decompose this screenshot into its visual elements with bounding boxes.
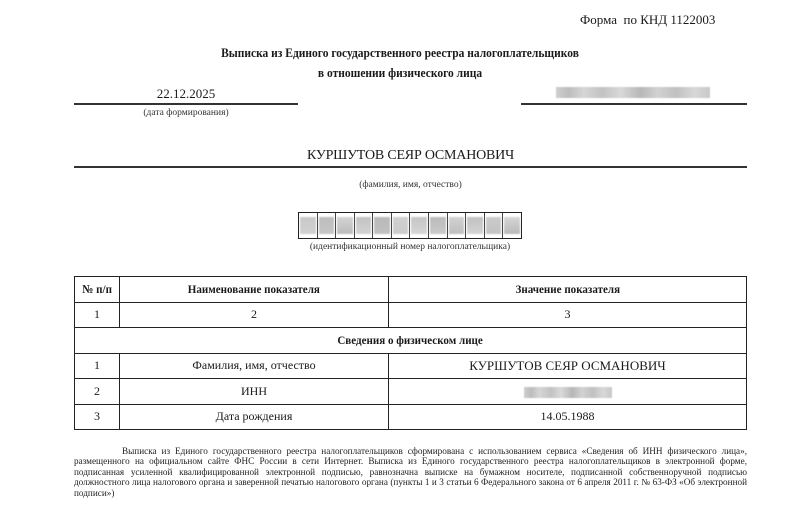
numbering-cell: 3: [389, 302, 747, 328]
inn-digit-cell: [392, 213, 411, 238]
row-value-redacted: [389, 379, 747, 405]
redacted-digit: [319, 217, 335, 234]
redacted-digit: [411, 217, 427, 234]
redacted-digit: [467, 217, 483, 234]
row-number: 2: [75, 379, 120, 405]
header-cell-value: Значение показателя: [389, 277, 747, 303]
table-row: 1 Фамилия, имя, отчество КУРШУТОВ СЕЯР О…: [75, 353, 747, 379]
redacted-digit: [337, 217, 353, 234]
name-underline: [74, 166, 747, 168]
inn-digit-cell: [429, 213, 448, 238]
numbering-cell: 1: [75, 302, 120, 328]
row-number: 3: [75, 404, 120, 430]
redacted-digit: [300, 217, 316, 234]
inn-digit-cell: [299, 213, 318, 238]
redacted-digit: [486, 217, 502, 234]
row-name: Фамилия, имя, отчество: [120, 353, 389, 379]
person-full-name: КУРШУТОВ СЕЯР ОСМАНОВИЧ: [74, 148, 747, 164]
document-title-line1: Выписка из Единого государственного реес…: [32, 46, 768, 61]
document-title-line2: в отношении физического лица: [32, 66, 768, 81]
inn-digit-cell: [373, 213, 392, 238]
formation-date: 22.12.2025: [74, 86, 298, 102]
redacted-digit: [449, 217, 465, 234]
right-field-underline: [521, 103, 747, 105]
form-code: Форма по КНД 1122003: [580, 12, 715, 28]
section-title: Сведения о физическом лице: [75, 328, 747, 354]
date-underline: [74, 103, 298, 105]
redacted-digit: [430, 217, 446, 234]
inn-digit-cell: [336, 213, 355, 238]
table-section-row: Сведения о физическом лице: [75, 328, 747, 354]
row-value: 14.05.1988: [389, 404, 747, 430]
header-cell-name: Наименование показателя: [120, 277, 389, 303]
name-caption: (фамилия, имя, отчество): [74, 180, 747, 190]
redacted-digit: [356, 217, 372, 234]
table-header-row: № п/п Наименование показателя Значение п…: [75, 277, 747, 303]
table-row: 2 ИНН: [75, 379, 747, 405]
redacted-digit: [374, 217, 390, 234]
redacted-digit: [393, 217, 409, 234]
table-row: 3 Дата рождения 14.05.1988: [75, 404, 747, 430]
inn-digit-cell: [355, 213, 374, 238]
inn-digit-cell: [485, 213, 504, 238]
info-table: № п/п Наименование показателя Значение п…: [74, 276, 747, 430]
row-name: Дата рождения: [120, 404, 389, 430]
inn-digit-cell: [448, 213, 467, 238]
header-cell-number: № п/п: [75, 277, 120, 303]
table-numbering-row: 1 2 3: [75, 302, 747, 328]
redacted-inn-value: [524, 387, 612, 398]
footnote: Выписка из Единого государственного реес…: [74, 446, 747, 498]
numbering-cell: 2: [120, 302, 389, 328]
inn-cell-box: [298, 212, 522, 239]
row-number: 1: [75, 353, 120, 379]
inn-digit-cell: [410, 213, 429, 238]
inn-digit-cell: [466, 213, 485, 238]
inn-caption: (идентификационный номер налогоплательщи…: [280, 242, 540, 252]
redacted-digit: [504, 217, 520, 234]
inn-digit-cell: [318, 213, 337, 238]
date-caption: (дата формирования): [74, 108, 298, 118]
inn-digit-cell: [503, 213, 521, 238]
row-value: КУРШУТОВ СЕЯР ОСМАНОВИЧ: [389, 353, 747, 379]
redacted-right-field: [556, 87, 710, 98]
row-name: ИНН: [120, 379, 389, 405]
